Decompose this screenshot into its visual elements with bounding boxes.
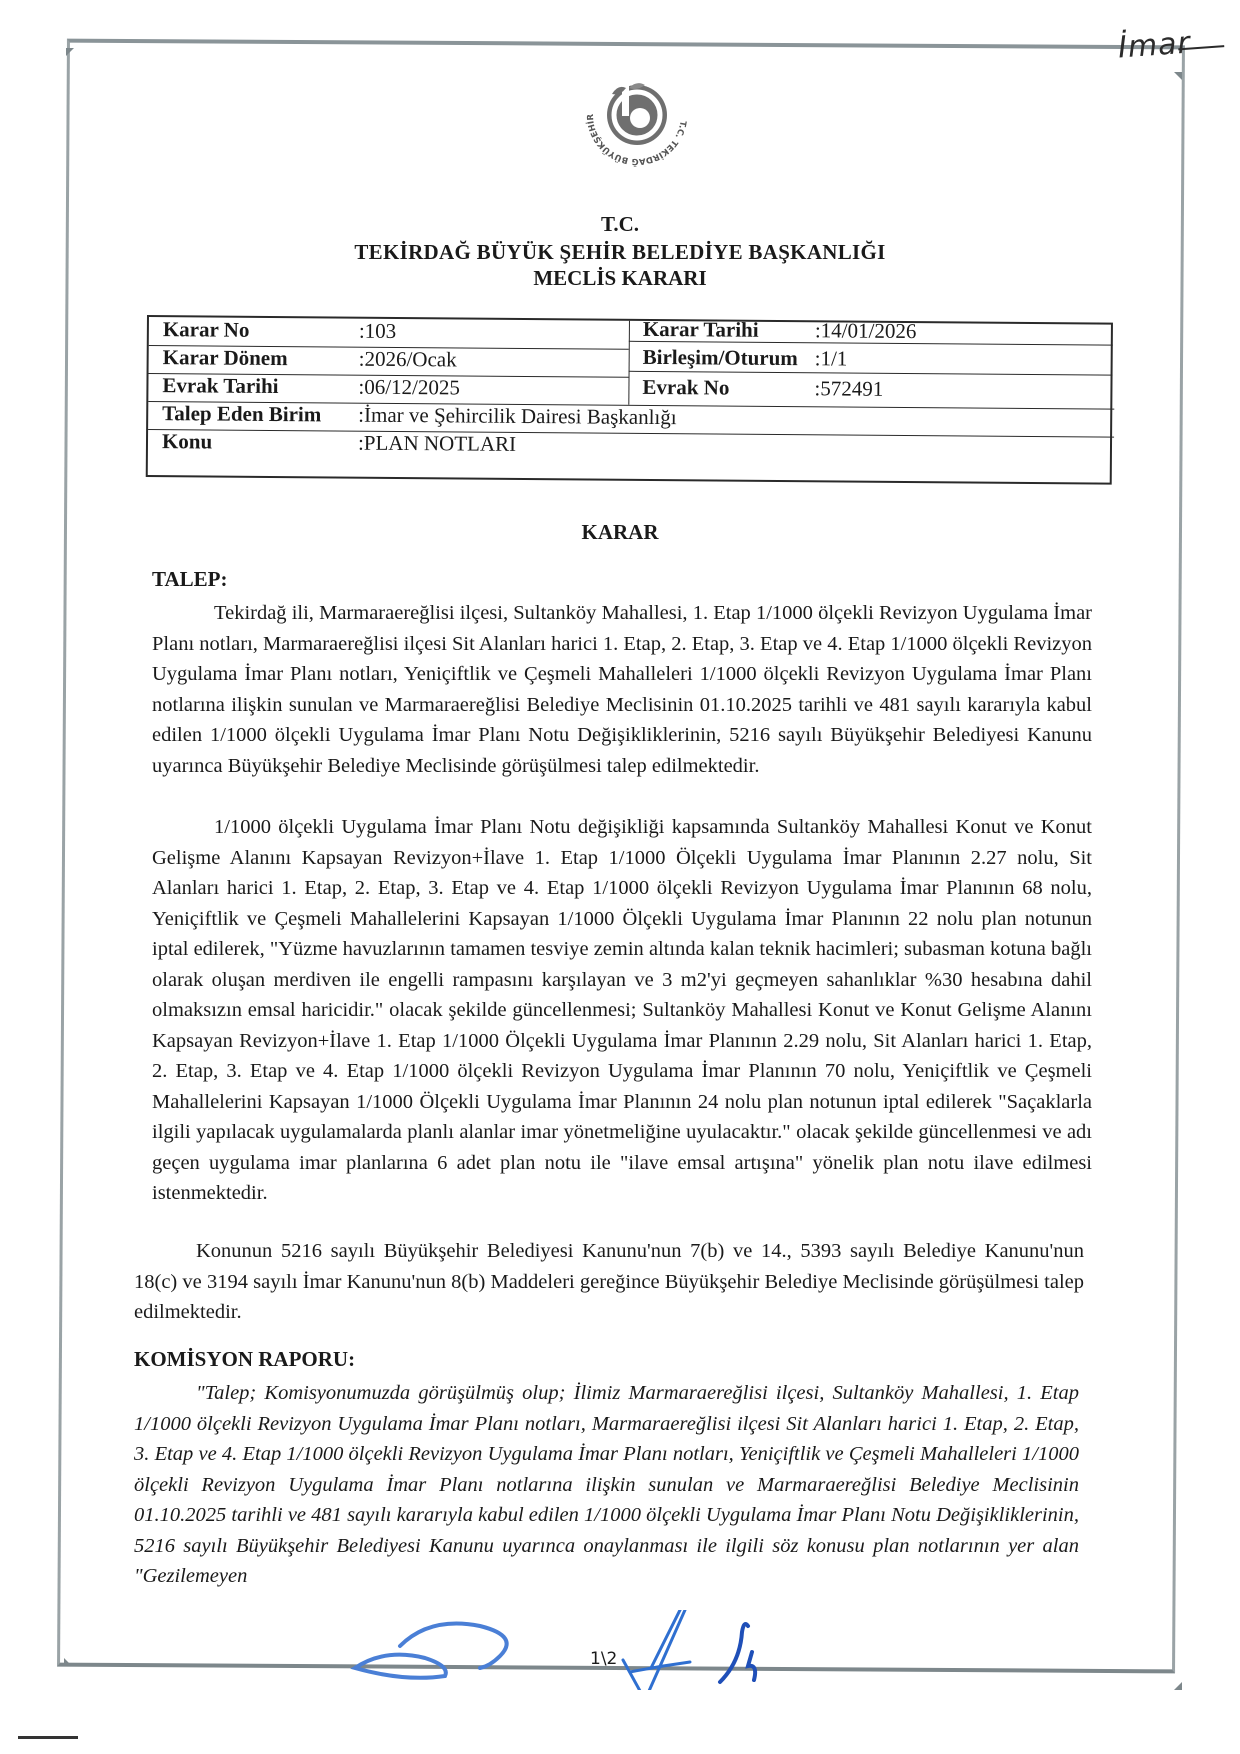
section-heading-talep: TALEP:	[152, 567, 227, 592]
value-evrak-tarihi: :06/12/2025	[358, 372, 460, 403]
label-konu: Konu	[162, 426, 212, 456]
section-heading-komisyon-raporu: KOMİSYON RAPORU:	[134, 1347, 355, 1372]
document-title: MECLİS KARARI	[0, 266, 1240, 291]
label-karar-tarihi: Karar Tarihi	[643, 314, 759, 345]
header-tc: T.C.	[0, 212, 1240, 237]
value-karar-tarihi: :14/01/2026	[815, 315, 917, 346]
meta-row-konu: Konu :PLAN NOTLARI	[148, 426, 1114, 464]
label-karar-no: Karar No	[163, 314, 250, 345]
value-birlesim-oturum: :1/1	[815, 343, 848, 373]
label-evrak-tarihi: Evrak Tarihi	[162, 370, 278, 401]
talep-paragraph-1: Tekirdağ ili, Marmaraereğlisi ilçesi, Su…	[152, 598, 1092, 781]
meta-row-birlesim-oturum: Birleşim/Oturum :1/1	[629, 342, 1113, 376]
meta-row-evrak-no: Evrak No :572491	[628, 372, 1112, 406]
talep-paragraph-3: Konunun 5216 sayılı Büyükşehir Belediyes…	[134, 1236, 1084, 1328]
corner-mark-top-right	[1174, 72, 1182, 80]
handwritten-annotation: İmar	[1117, 26, 1192, 66]
komisyon-paragraph: "Talep; Komisyonumuzda görüşülmüş olup; …	[134, 1378, 1079, 1592]
section-heading-karar: KARAR	[0, 520, 1240, 545]
corner-mark-top-left	[66, 48, 74, 56]
label-talep-eden-birim: Talep Eden Birim	[162, 398, 321, 429]
page-number: 1\2	[590, 1649, 617, 1669]
header-organization: TEKİRDAĞ BÜYÜK ŞEHİR BELEDİYE BAŞKANLIĞI	[0, 240, 1240, 265]
signatures	[0, 1610, 1240, 1690]
label-birlesim-oturum: Birleşim/Oturum	[643, 342, 798, 373]
value-karar-donem: :2026/Ocak	[359, 344, 457, 375]
municipality-logo-icon: T.C. TEKİRDAĞ BÜYÜKŞEHİR BELEDİYESİ	[582, 60, 692, 170]
signature-2-icon	[623, 1610, 690, 1690]
label-evrak-no: Evrak No	[642, 372, 729, 403]
decision-metadata-table: Karar No :103 Karar Dönem :2026/Ocak Evr…	[146, 315, 1113, 485]
value-konu: :PLAN NOTLARI	[358, 428, 516, 459]
scan-mark	[18, 1736, 78, 1739]
talep-paragraph-2: 1/1000 ölçekli Uygulama İmar Planı Notu …	[152, 812, 1092, 1209]
value-karar-no: :103	[359, 316, 397, 346]
signature-1-icon	[355, 1624, 507, 1678]
signature-3-icon	[720, 1624, 755, 1682]
label-karar-donem: Karar Dönem	[163, 342, 288, 373]
value-evrak-no: :572491	[814, 373, 883, 404]
